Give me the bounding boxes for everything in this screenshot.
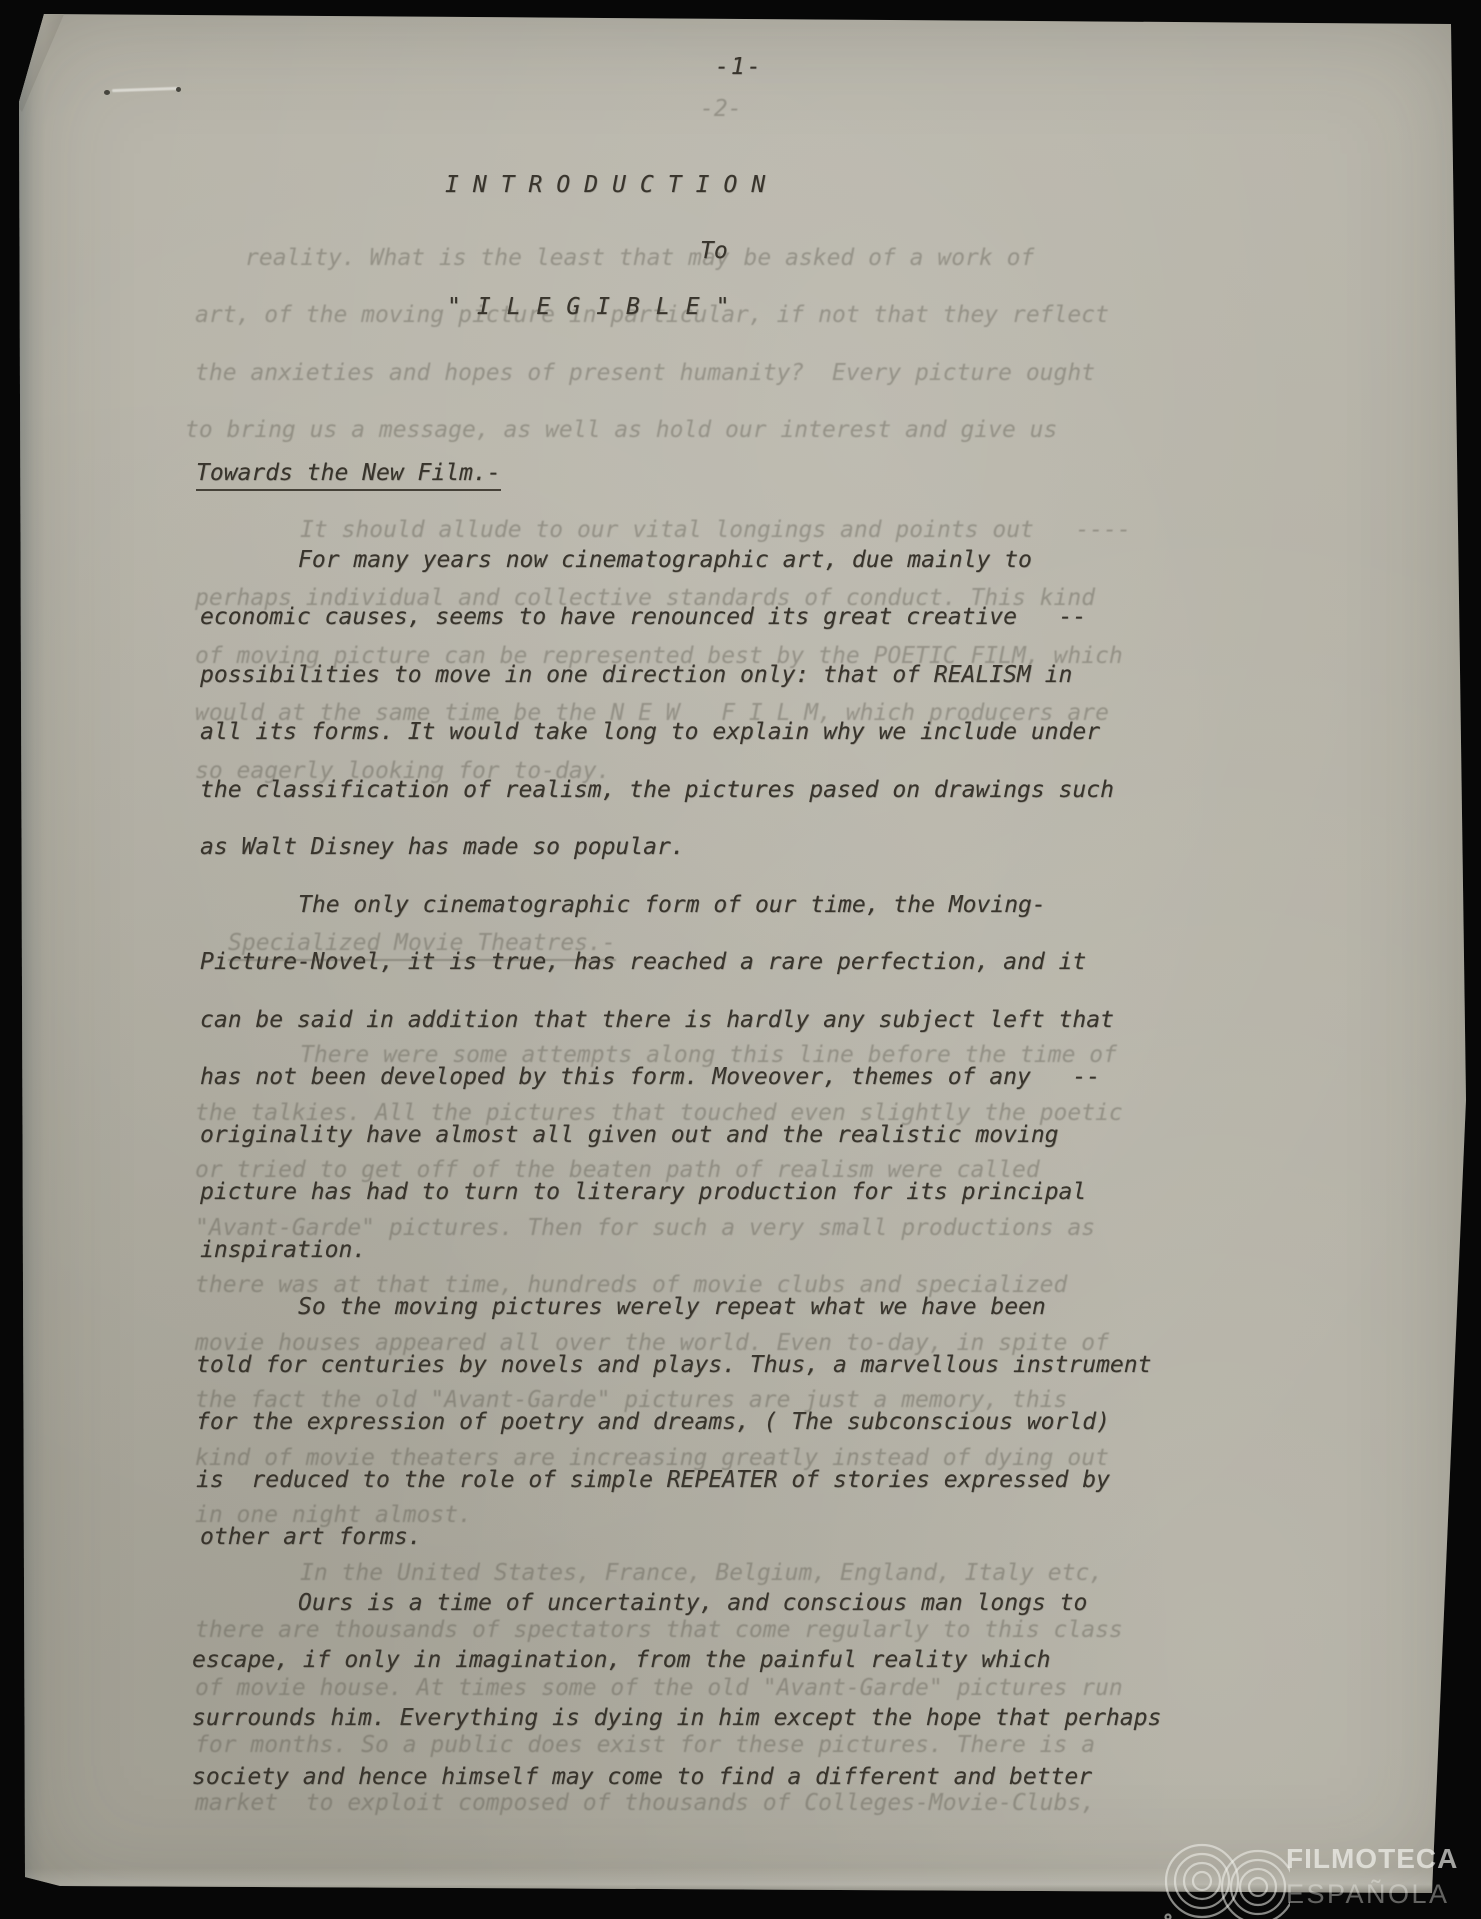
typed-text-line: economic causes, seems to have renounced…	[200, 602, 1086, 632]
typed-text-line: picture has had to turn to literary prod…	[200, 1177, 1086, 1207]
typed-text-line: inspiration.	[200, 1235, 366, 1265]
typed-text-layer: For many years now cinematographic art, …	[0, 0, 1481, 1919]
typed-text-line: surrounds him. Everything is dying in hi…	[192, 1703, 1161, 1733]
film-reels-icon	[1150, 1835, 1290, 1919]
typed-text-line: For many years now cinematographic art, …	[298, 545, 1032, 575]
typed-text-line: all its forms. It would take long to exp…	[200, 717, 1100, 747]
typed-text-line: can be said in addition that there is ha…	[200, 1005, 1114, 1035]
typed-text-line: society and hence himself may come to fi…	[192, 1762, 1092, 1792]
typed-text-line: So the moving pictures werely repeat wha…	[298, 1292, 1046, 1322]
typed-text-line: has not been developed by this form. Mov…	[200, 1062, 1100, 1092]
typed-text-line: Picture-Novel, it is true, has reached a…	[200, 947, 1086, 977]
watermark-text-filmoteca: FILMOTECA	[1286, 1843, 1458, 1875]
typed-text-line: originality have almost all given out an…	[200, 1120, 1059, 1150]
typed-text-line: other art forms.	[200, 1522, 422, 1552]
filmoteca-watermark: FILMOTECA ESPAÑOLA	[1150, 1835, 1481, 1919]
document-page: reality. What is the least that may be a…	[0, 0, 1481, 1919]
typed-text-line: is reduced to the role of simple REPEATE…	[196, 1465, 1110, 1495]
typed-text-line: Ours is a time of uncertainty, and consc…	[298, 1588, 1087, 1618]
typed-text-line: The only cinematographic form of our tim…	[298, 890, 1046, 920]
typed-text-line: for the expression of poetry and dreams,…	[196, 1407, 1110, 1437]
typed-text-line: told for centuries by novels and plays. …	[196, 1350, 1151, 1380]
typed-text-line: as Walt Disney has made so popular.	[200, 832, 685, 862]
typed-text-line: escape, if only in imagination, from the…	[192, 1645, 1051, 1675]
watermark-text-espanola: ESPAÑOLA	[1286, 1879, 1450, 1910]
scan-background: reality. What is the least that may be a…	[0, 0, 1481, 1919]
typed-text-line: possibilities to move in one direction o…	[200, 660, 1072, 690]
typed-text-line: the classification of realism, the pictu…	[200, 775, 1114, 805]
